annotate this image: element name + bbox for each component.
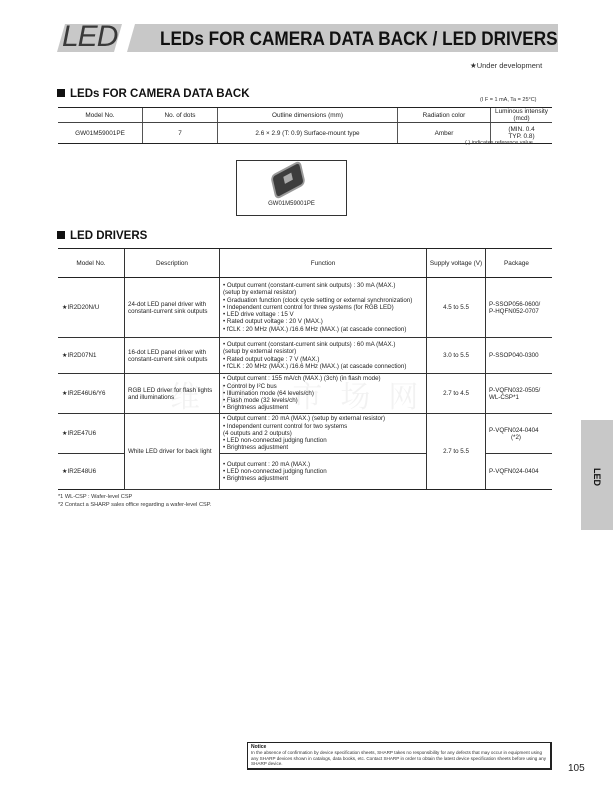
cell-package: P-SSOP056-0600/ P-HQFN052-0707 [486, 278, 553, 338]
notice-title: Notice [251, 744, 266, 750]
table-row: ★IR2E47U6 White LED driver for back ligh… [58, 414, 552, 454]
side-index-tab: LED [581, 420, 613, 530]
image-caption: GW01M59001PE [237, 201, 346, 207]
col-function: Function [220, 249, 427, 278]
table-row: ★IR2D20N/U 24-dot LED panel driver with … [58, 278, 552, 338]
col-dots: No. of dots [143, 108, 218, 123]
drivers-section-heading: LED DRIVERS [57, 230, 147, 242]
measurement-conditions: (I F = 1 mA, Ta = 25°C) [480, 97, 537, 103]
cell-function: • Output current : 20 mA (MAX.) • LED no… [220, 454, 427, 490]
col-model: Model No. [58, 108, 143, 123]
cell-model: ★IR2E46U6/Y6 [58, 374, 125, 414]
cell-dots: 7 [143, 123, 218, 144]
col-description: Description [125, 249, 220, 278]
table-row: ★IR2D07N1 16-dot LED panel driver with c… [58, 338, 552, 374]
cell-voltage: 2.7 to 5.5 [427, 414, 486, 490]
cell-voltage: 2.7 to 4.5 [427, 374, 486, 414]
cell-function: • Output current (constant-current sink … [220, 278, 427, 338]
cell-outline: 2.6 × 2.9 (T: 0.9) Surface-mount type [218, 123, 398, 144]
footnote-1: *1 WL-CSP : Wafer-level CSP [58, 494, 132, 500]
side-tab-label: LED [592, 468, 602, 486]
table-header-row: Model No. Description Function Supply vo… [58, 249, 552, 278]
col-package: Package [486, 249, 553, 278]
product-image-box: GW01M59001PE [236, 160, 347, 216]
col-outline: Outline dimensions (mm) [218, 108, 398, 123]
cell-package: P-SSOP040-0300 [486, 338, 553, 374]
cell-package: P-VQFN024-0404 (*2) [486, 414, 553, 454]
led-chip-image [272, 163, 303, 197]
cell-voltage: 4.5 to 5.5 [427, 278, 486, 338]
led-drivers-table: Model No. Description Function Supply vo… [58, 248, 552, 490]
cell-model: ★IR2D20N/U [58, 278, 125, 338]
cell-package: P-VQFN032-0505/ WL-CSP*1 [486, 374, 553, 414]
cell-package: P-VQFN024-0404 [486, 454, 553, 490]
footnote-2: *2 Contact a SHARP sales office regardin… [58, 502, 211, 508]
cell-description: RGB LED driver for flash lights and illu… [125, 374, 220, 414]
cell-description: White LED driver for back light [125, 414, 220, 490]
table-header-row: Model No. No. of dots Outline dimensions… [58, 108, 552, 123]
col-supply-voltage: Supply voltage (V) [427, 249, 486, 278]
reference-note: ( ) indicates reference value. [465, 140, 534, 146]
notice-body: In the absence of confirmation by device… [251, 750, 547, 766]
cell-model: ★IR2E48U6 [58, 454, 125, 490]
chip-lens [283, 173, 293, 184]
cell-model: ★IR2E47U6 [58, 414, 125, 454]
page-title: LEDs FOR CAMERA DATA BACK / LED DRIVERS [160, 26, 558, 52]
page-number: 105 [568, 763, 585, 774]
square-bullet-icon [57, 231, 65, 239]
square-bullet-icon [57, 89, 65, 97]
col-model: Model No. [58, 249, 125, 278]
camera-section-heading: LEDs FOR CAMERA DATA BACK [57, 88, 250, 100]
cell-function: • Output current (constant-current sink … [220, 338, 427, 374]
col-intensity: Luminous intensity (mcd) [491, 108, 553, 123]
cell-description: 16-dot LED panel driver with constant-cu… [125, 338, 220, 374]
col-color: Radiation color [398, 108, 491, 123]
cell-voltage: 3.0 to 5.5 [427, 338, 486, 374]
camera-led-table: Model No. No. of dots Outline dimensions… [58, 107, 552, 144]
notice-box: Notice In the absence of confirmation by… [247, 742, 552, 770]
cell-function: • Output current : 155 mA/ch (MAX.) (3ch… [220, 374, 427, 414]
under-development-legend: ★Under development [470, 61, 542, 70]
cell-description: 24-dot LED panel driver with constant-cu… [125, 278, 220, 338]
cell-model: ★IR2D07N1 [58, 338, 125, 374]
table-row: ★IR2E46U6/Y6 RGB LED driver for flash li… [58, 374, 552, 414]
led-logo: LED [62, 20, 117, 54]
cell-function: • Output current : 20 mA (MAX.) (setup b… [220, 414, 427, 454]
cell-model: GW01M59001PE [58, 123, 143, 144]
